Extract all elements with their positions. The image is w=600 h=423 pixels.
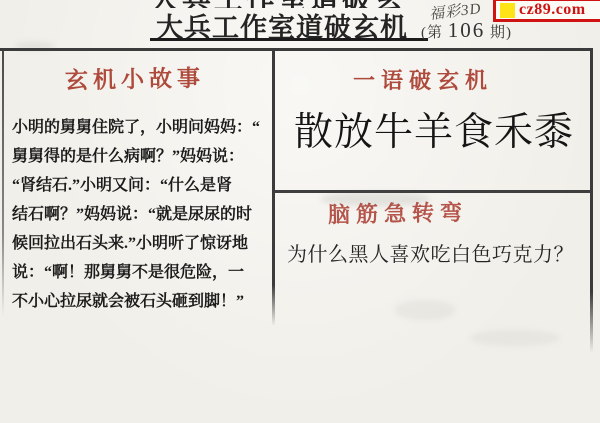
scan-smudge bbox=[320, 192, 430, 206]
story-line: 舅舅得的是什么病啊？”妈妈说： bbox=[12, 142, 270, 171]
scan-smudge bbox=[395, 300, 455, 320]
story-line: 结石啊？”妈妈说：“就是尿尿的时 bbox=[12, 200, 270, 229]
story-line: 小明的舅舅住院了，小明问妈妈：“ bbox=[12, 113, 270, 142]
story-line: 不小心拉尿就会被石头砸到脚！” bbox=[12, 287, 270, 316]
title-underline bbox=[150, 38, 428, 41]
story-text-block: 小明的舅舅住院了，小明问妈妈：“ 舅舅得的是什么病啊？”妈妈说： “肾结石.”小… bbox=[12, 113, 270, 316]
yellow-square-icon bbox=[500, 3, 515, 18]
mystery-phrase: 散放牛羊食禾黍 bbox=[278, 101, 590, 157]
scanned-lottery-flyer: { "header": { "clipped_top_line": "大兵工作室… bbox=[0, 0, 600, 423]
frame-right-border bbox=[590, 48, 593, 353]
scan-smudge bbox=[470, 330, 560, 346]
issue-number: 106 bbox=[448, 18, 486, 42]
site-watermark-text: cz89.com bbox=[519, 1, 586, 19]
story-section-heading: 玄机小故事 bbox=[60, 60, 211, 96]
mystery-section-heading: 一语破玄机 bbox=[273, 64, 573, 95]
issue-open: (第 bbox=[421, 25, 443, 41]
story-line: 说：“啊！那舅舅不是很危险，一 bbox=[12, 258, 270, 287]
site-watermark-badge: cz89.com bbox=[493, 0, 600, 22]
story-line: 候回拉出石头来.”小明听了惊讶地 bbox=[12, 229, 270, 258]
brainteaser-question: 为什么黑人喜欢吃白色巧克力？ bbox=[287, 238, 587, 267]
right-panel-divider bbox=[274, 190, 590, 193]
frame-left-border bbox=[2, 51, 4, 316]
frame-top-border bbox=[0, 48, 593, 51]
story-line: “肾结石.”小明又问：“什么是肾 bbox=[12, 171, 270, 200]
scan-smudge bbox=[15, 42, 55, 50]
issue-close: 期) bbox=[490, 25, 512, 41]
